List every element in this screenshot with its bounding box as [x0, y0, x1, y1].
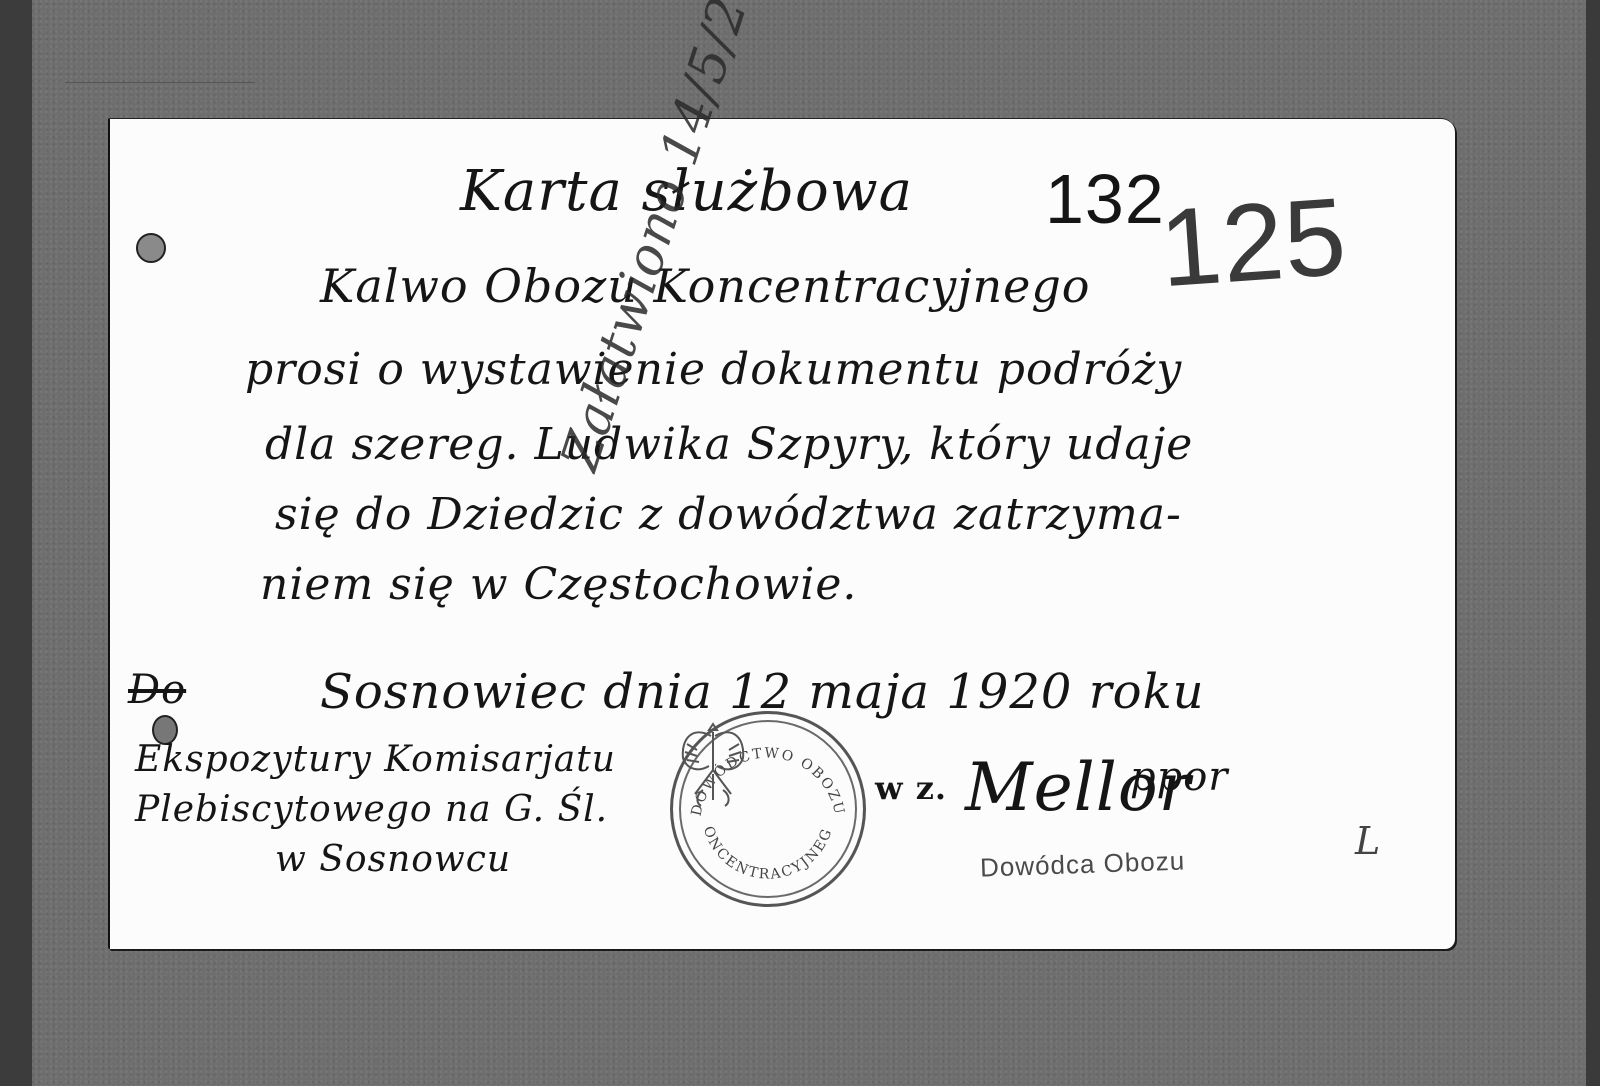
- document-number: 132: [1045, 159, 1165, 239]
- address-line-1: Ekspozytury Komisarjatu: [135, 739, 616, 780]
- address-line-3: w Sosnowcu: [275, 839, 511, 880]
- body-line-2: prosi o wystawienie dokumentu podróży: [245, 344, 1182, 395]
- scan-edge-left: [0, 0, 32, 1086]
- signature-rank: ppor: [1130, 754, 1228, 800]
- address-line-2: Plebiscytowego na G. Śl.: [135, 789, 608, 830]
- corner-mark: L: [1355, 819, 1381, 863]
- signature-prefix: w z.: [875, 769, 947, 807]
- official-stamp: DOWÓDCTWO OBOZU KONCENTRACYJNEGO: [670, 711, 866, 907]
- document-number-secondary: 125: [1156, 173, 1351, 313]
- punch-hole: [136, 233, 166, 263]
- scan-edge-right: [1586, 0, 1600, 1086]
- margin-mark: Do: [128, 667, 186, 713]
- body-line-4: się do Dziedzic z dowództwa zatrzyma-: [275, 489, 1182, 540]
- eagle-emblem-icon: [673, 714, 753, 814]
- background-scratch: [65, 82, 255, 83]
- diagonal-annotation: Załatwiono 14/5/20: [550, 0, 770, 478]
- printed-title-stamp: Dowódca Obozu: [980, 845, 1186, 883]
- body-line-3: dla szereg. Ludwika Szpyry, który udaje: [265, 419, 1193, 470]
- body-line-1: Kalwo Obozu Koncentracyjnego: [320, 259, 1091, 313]
- body-line-5: niem się w Częstochowie.: [260, 559, 857, 610]
- document-card: Karta służbowa 132 125 Kalwo Obozu Konce…: [108, 118, 1455, 949]
